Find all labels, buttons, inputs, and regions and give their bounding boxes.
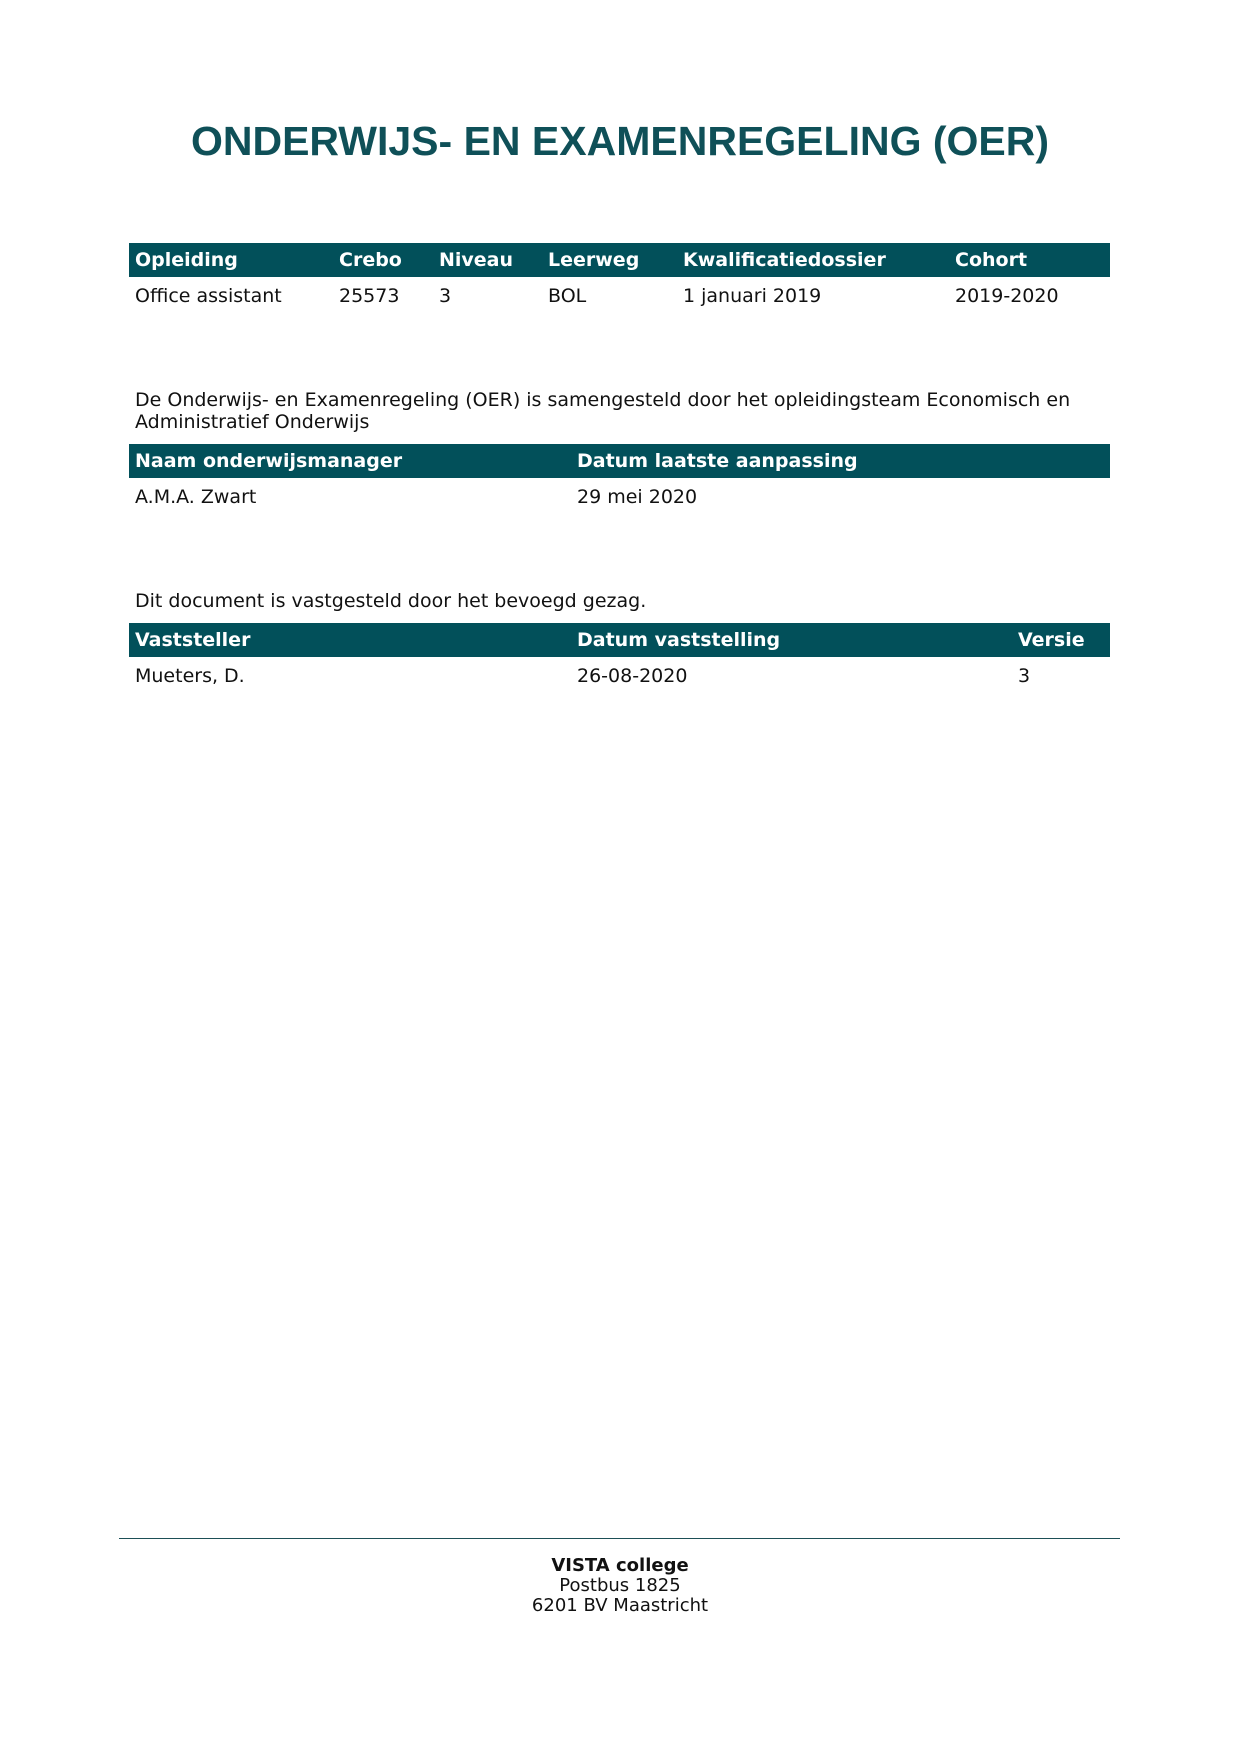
cell-manager-name: A.M.A. Zwart <box>129 478 571 514</box>
cell-cohort: 2019-2020 <box>949 277 1110 313</box>
footer-address-line2: 6201 BV Maastricht <box>0 1596 1240 1616</box>
page-title: ONDERWIJS- EN EXAMENREGELING (OER) <box>0 118 1240 165</box>
header-leerweg: Leerweg <box>542 243 677 277</box>
table-header-row: Vaststeller Datum vaststelling Versie <box>129 623 1110 657</box>
adoption-text: Dit document is vastgesteld door het bev… <box>135 590 1095 612</box>
header-datum-laatste-aanpassing: Datum laatste aanpassing <box>571 444 1110 478</box>
header-niveau: Niveau <box>433 243 542 277</box>
footer-address-line1: Postbus 1825 <box>0 1576 1240 1596</box>
header-datum-vaststelling: Datum vaststelling <box>571 623 1012 657</box>
cell-vaststeller: Mueters, D. <box>129 657 571 693</box>
cell-datum-vaststelling: 26-08-2020 <box>571 657 1012 693</box>
footer-organization: VISTA college <box>0 1556 1240 1576</box>
header-opleiding: Opleiding <box>129 243 333 277</box>
program-table: Opleiding Crebo Niveau Leerweg Kwalifica… <box>129 243 1110 313</box>
header-naam-onderwijsmanager: Naam onderwijsmanager <box>129 444 571 478</box>
cell-opleiding: Office assistant <box>129 277 333 313</box>
cell-niveau: 3 <box>433 277 542 313</box>
table-row: Mueters, D. 26-08-2020 3 <box>129 657 1110 693</box>
table-header-row: Opleiding Crebo Niveau Leerweg Kwalifica… <box>129 243 1110 277</box>
table-row: Office assistant 25573 3 BOL 1 januari 2… <box>129 277 1110 313</box>
cell-versie: 3 <box>1012 657 1110 693</box>
table-header-row: Naam onderwijsmanager Datum laatste aanp… <box>129 444 1110 478</box>
header-vaststeller: Vaststeller <box>129 623 571 657</box>
cell-leerweg: BOL <box>542 277 677 313</box>
adoption-table: Vaststeller Datum vaststelling Versie Mu… <box>129 623 1110 693</box>
header-versie: Versie <box>1012 623 1110 657</box>
composition-text: De Onderwijs- en Examenregeling (OER) is… <box>135 389 1095 433</box>
cell-last-modified: 29 mei 2020 <box>571 478 1110 514</box>
header-kwalificatiedossier: Kwalificatiedossier <box>677 243 949 277</box>
cell-crebo: 25573 <box>333 277 433 313</box>
table-row: A.M.A. Zwart 29 mei 2020 <box>129 478 1110 514</box>
manager-table: Naam onderwijsmanager Datum laatste aanp… <box>129 444 1110 514</box>
footer: VISTA college Postbus 1825 6201 BV Maast… <box>0 1556 1240 1616</box>
cell-kwalificatiedossier: 1 januari 2019 <box>677 277 949 313</box>
header-cohort: Cohort <box>949 243 1110 277</box>
footer-divider <box>119 1538 1120 1539</box>
header-crebo: Crebo <box>333 243 433 277</box>
